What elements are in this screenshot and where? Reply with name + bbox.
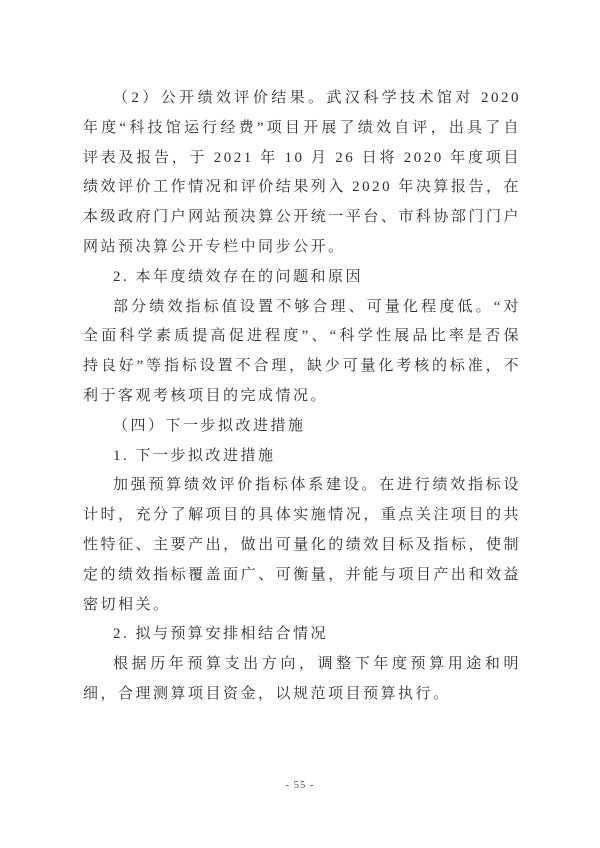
paragraph-budget-detail: 根据历年预算支出方向，调整下年度预算用途和明细，合理测算项目资金，以规范项目预算… (83, 650, 521, 710)
heading-next-step-measures: 1. 下一步拟改进措施 (83, 442, 521, 472)
heading-next-step-measures-section: （四）下一步拟改进措施 (83, 412, 521, 442)
page-number: - 55 - (0, 780, 600, 791)
document-page: （2）公开绩效评价结果。武汉科学技术馆对 2020 年度“科技馆运行经费”项目开… (0, 0, 600, 848)
document-body: （2）公开绩效评价结果。武汉科学技术馆对 2020 年度“科技馆运行经费”项目开… (83, 84, 521, 710)
heading-budget-combination: 2. 拟与预算安排相结合情况 (83, 620, 521, 650)
heading-problems-and-causes: 2. 本年度绩效存在的问题和原因 (83, 263, 521, 293)
paragraph-problems-detail: 部分绩效指标值设置不够合理、可量化程度低。“对全面科学素质提高促进程度”、“科学… (83, 293, 521, 412)
paragraph-public-evaluation-result: （2）公开绩效评价结果。武汉科学技术馆对 2020 年度“科技馆运行经费”项目开… (83, 84, 521, 263)
paragraph-improvement-detail: 加强预算绩效评价指标体系建设。在进行绩效指标设计时，充分了解项目的具体实施情况，… (83, 471, 521, 620)
